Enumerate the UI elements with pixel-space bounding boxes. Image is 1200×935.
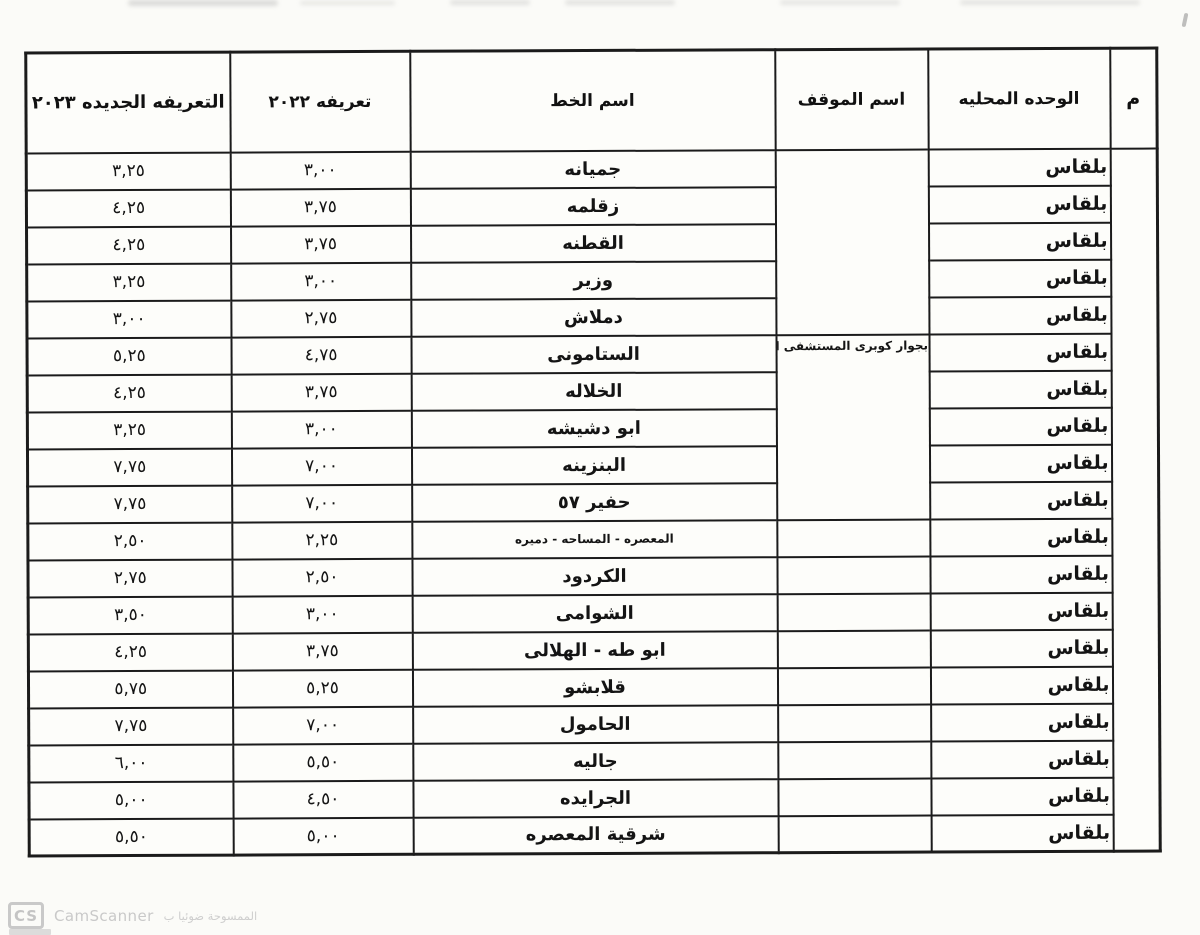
local-unit-cell: بلقاس (929, 296, 1111, 334)
fare-2022-cell: ٣,٧٥ (231, 225, 411, 263)
scan-artifact (128, 0, 278, 6)
table-row: بلقاسجميانه٣,٠٠٣,٢٥ (26, 148, 1157, 190)
line-name-cell: جاليه (413, 742, 778, 781)
fare-2023-cell: ٢,٥٠ (28, 522, 232, 560)
fare-2022-cell: ٣,٠٠ (230, 151, 410, 189)
fare-2023-cell: ٧,٧٥ (28, 485, 232, 523)
fare-2022-cell: ٣,٠٠ (232, 595, 412, 633)
header-fare-2023: التعريفه الجديده ٢٠٢٣ (26, 52, 230, 153)
fare-2023-cell: ٦,٠٠ (29, 744, 233, 782)
local-unit-cell: بلقاس (929, 333, 1111, 371)
fare-2022-cell: ٢,٢٥ (232, 521, 412, 559)
stop-empty-cell (777, 630, 930, 668)
fare-2023-cell: ٣,٢٥ (27, 263, 231, 301)
table-row: بلقاسالشوامى٣,٠٠٣,٥٠ (28, 592, 1159, 634)
scan-artifact (1182, 13, 1189, 28)
fare-2022-cell: ٣,٧٥ (231, 373, 411, 411)
header-stop-name: اسم الموقف (775, 49, 928, 150)
line-name-cell: حفير ٥٧ (412, 483, 777, 522)
fare-2023-cell: ٧,٧٥ (27, 448, 231, 486)
fare-2023-cell: ٢,٧٥ (28, 559, 232, 597)
local-unit-cell: بلقاس (928, 148, 1110, 186)
camscanner-brand-label: CamScanner (54, 907, 154, 925)
header-row: م الوحده المحليه اسم الموقف اسم الخط تعر… (26, 48, 1157, 153)
table-row: بلقاسابو دشيشه٣,٠٠٣,٢٥ (27, 407, 1158, 449)
local-unit-cell: بلقاس (930, 518, 1112, 556)
line-name-cell: الكردود (412, 557, 777, 596)
scan-artifact (300, 1, 395, 5)
fare-2023-cell: ٥,٠٠ (29, 781, 233, 819)
fare-2023-cell: ٤,٢٥ (27, 374, 231, 412)
fare-2022-cell: ٧,٠٠ (231, 447, 411, 485)
fare-2023-cell: ٥,٢٥ (27, 337, 231, 375)
fare-2022-cell: ٧,٠٠ (232, 484, 412, 522)
stop-empty-cell (777, 667, 930, 705)
scan-artifact (565, 0, 675, 5)
table-row: بلقاسوزير٣,٠٠٣,٢٥ (27, 259, 1158, 301)
line-name-cell: قلابشو (412, 668, 777, 707)
local-unit-cell: بلقاس (929, 259, 1111, 297)
fare-2023-cell: ٣,٥٠ (28, 596, 232, 634)
scan-artifact (450, 0, 530, 5)
line-name-cell: المعصره - المساحه - دميره (412, 520, 777, 559)
scan-artifact (780, 0, 900, 5)
stop-empty-cell (777, 593, 930, 631)
line-name-cell: ابو دشيشه (411, 409, 776, 448)
line-name-cell: الستامونى (411, 335, 776, 374)
line-name-cell: الجرايده (413, 779, 778, 818)
fare-2022-cell: ٣,٧٥ (232, 632, 412, 670)
local-unit-cell: بلقاس (930, 555, 1112, 593)
fare-2022-cell: ٥,٠٠ (233, 817, 413, 855)
fare-2023-cell: ٤,٢٥ (28, 633, 232, 671)
local-unit-cell: بلقاس (930, 481, 1112, 519)
fare-2022-cell: ٤,٧٥ (231, 336, 411, 374)
table-row: بلقاسالجرايده٤,٥٠٥,٠٠ (29, 777, 1160, 819)
serial-cell (1110, 148, 1160, 851)
stop-empty-cell (777, 519, 930, 557)
camscanner-logo-icon: CS (8, 902, 44, 929)
fare-2022-cell: ٢,٧٥ (231, 299, 411, 337)
fare-2023-cell: ٣,٢٥ (26, 152, 230, 190)
local-unit-cell: بلقاس (929, 370, 1111, 408)
fare-2023-cell: ٤,٢٥ (27, 226, 231, 264)
local-unit-cell: بلقاس (931, 703, 1113, 741)
line-name-cell: وزير (411, 261, 776, 300)
local-unit-cell: بلقاس (929, 444, 1111, 482)
fare-table-container: م الوحده المحليه اسم الموقف اسم الخط تعر… (24, 47, 1162, 858)
camscanner-arabic-label: الممسوحة ضوئيا ب (164, 909, 258, 923)
local-unit-cell: بلقاس (930, 629, 1112, 667)
table-row: بلقاسزقلمه٣,٧٥٤,٢٥ (26, 185, 1157, 227)
line-name-cell: جميانه (410, 150, 775, 189)
fare-2023-cell: ٣,٠٠ (27, 300, 231, 338)
line-name-cell: زقلمه (410, 187, 775, 226)
local-unit-cell: بلقاس (931, 777, 1113, 815)
stop-note-cell: بجوار كوبرى المستشفى العام (776, 334, 930, 520)
header-fare-2022: تعريفه ٢٠٢٢ (230, 51, 410, 152)
fare-2022-cell: ٥,٥٠ (233, 743, 413, 781)
scanned-document-page: { "table": { "headers": { "serial": "م",… (0, 0, 1200, 935)
table-row: بلقاسحفير ٥٧٧,٠٠٧,٧٥ (28, 481, 1159, 523)
table-row: بلقاسقلابشو٥,٢٥٥,٧٥ (28, 666, 1159, 708)
fare-2023-cell: ٧,٧٥ (29, 707, 233, 745)
local-unit-cell: بلقاس (930, 592, 1112, 630)
fare-2023-cell: ٥,٧٥ (28, 670, 232, 708)
fare-2023-cell: ٥,٥٠ (29, 818, 233, 856)
local-unit-cell: بلقاس (931, 814, 1113, 852)
header-line-name: اسم الخط (410, 50, 775, 152)
line-name-cell: شرقية المعصره (413, 816, 778, 855)
line-name-cell: دملاش (411, 298, 776, 337)
header-local-unit: الوحده المحليه (928, 48, 1110, 149)
stop-empty-cell (778, 815, 931, 853)
stop-empty-cell (775, 149, 929, 335)
header-serial: م (1110, 48, 1157, 148)
fare-2022-cell: ٢,٥٠ (232, 558, 412, 596)
stop-empty-cell (777, 556, 930, 594)
camscanner-watermark: CS CamScanner الممسوحة ضوئيا ب (8, 902, 257, 929)
fare-2023-cell: ٣,٢٥ (27, 411, 231, 449)
table-row: بلقاسالقطنه٣,٧٥٤,٢٥ (27, 222, 1158, 264)
table-body: بلقاسجميانه٣,٠٠٣,٢٥بلقاسزقلمه٣,٧٥٤,٢٥بلق… (26, 148, 1160, 856)
table-row: بلقاسابو طه - الهلالى٣,٧٥٤,٢٥ (28, 629, 1159, 671)
fare-2022-cell: ٥,٢٥ (232, 669, 412, 707)
table-row: بلقاسالخلاله٣,٧٥٤,٢٥ (27, 370, 1158, 412)
table-row: بلقاسالحامول٧,٠٠٧,٧٥ (29, 703, 1160, 745)
fare-2022-cell: ٤,٥٠ (233, 780, 413, 818)
fare-2022-cell: ٣,٠٠ (231, 410, 411, 448)
scan-artifact (960, 0, 1140, 5)
stop-empty-cell (778, 741, 931, 779)
table-row: بلقاسالمعصره - المساحه - دميره٢,٢٥٢,٥٠ (28, 518, 1159, 560)
line-name-cell: الحامول (413, 705, 778, 744)
scan-artifact (9, 929, 51, 935)
local-unit-cell: بلقاس (930, 666, 1112, 704)
local-unit-cell: بلقاس (929, 222, 1111, 260)
line-name-cell: البنزينه (411, 446, 776, 485)
table-row: بلقاسشرقية المعصره٥,٠٠٥,٥٠ (29, 814, 1160, 856)
local-unit-cell: بلقاس (931, 740, 1113, 778)
line-name-cell: ابو طه - الهلالى (412, 631, 777, 670)
local-unit-cell: بلقاس (929, 407, 1111, 445)
stop-empty-cell (778, 778, 931, 816)
local-unit-cell: بلقاس (928, 185, 1110, 223)
line-name-cell: القطنه (411, 224, 776, 263)
stop-empty-cell (778, 704, 931, 742)
fare-2022-cell: ٣,٠٠ (231, 262, 411, 300)
line-name-cell: الشوامى (412, 594, 777, 633)
table-row: بلقاسالبنزينه٧,٠٠٧,٧٥ (27, 444, 1158, 486)
table-row: بلقاسدملاش٢,٧٥٣,٠٠ (27, 296, 1158, 338)
table-row: بلقاسبجوار كوبرى المستشفى العامالستامونى… (27, 333, 1158, 375)
fare-2022-cell: ٧,٠٠ (233, 706, 413, 744)
fare-2022-cell: ٣,٧٥ (230, 188, 410, 226)
fare-2023-cell: ٤,٢٥ (26, 189, 230, 227)
table-row: بلقاسجاليه٥,٥٠٦,٠٠ (29, 740, 1160, 782)
fare-table: م الوحده المحليه اسم الموقف اسم الخط تعر… (24, 47, 1162, 858)
table-row: بلقاسالكردود٢,٥٠٢,٧٥ (28, 555, 1159, 597)
line-name-cell: الخلاله (411, 372, 776, 411)
